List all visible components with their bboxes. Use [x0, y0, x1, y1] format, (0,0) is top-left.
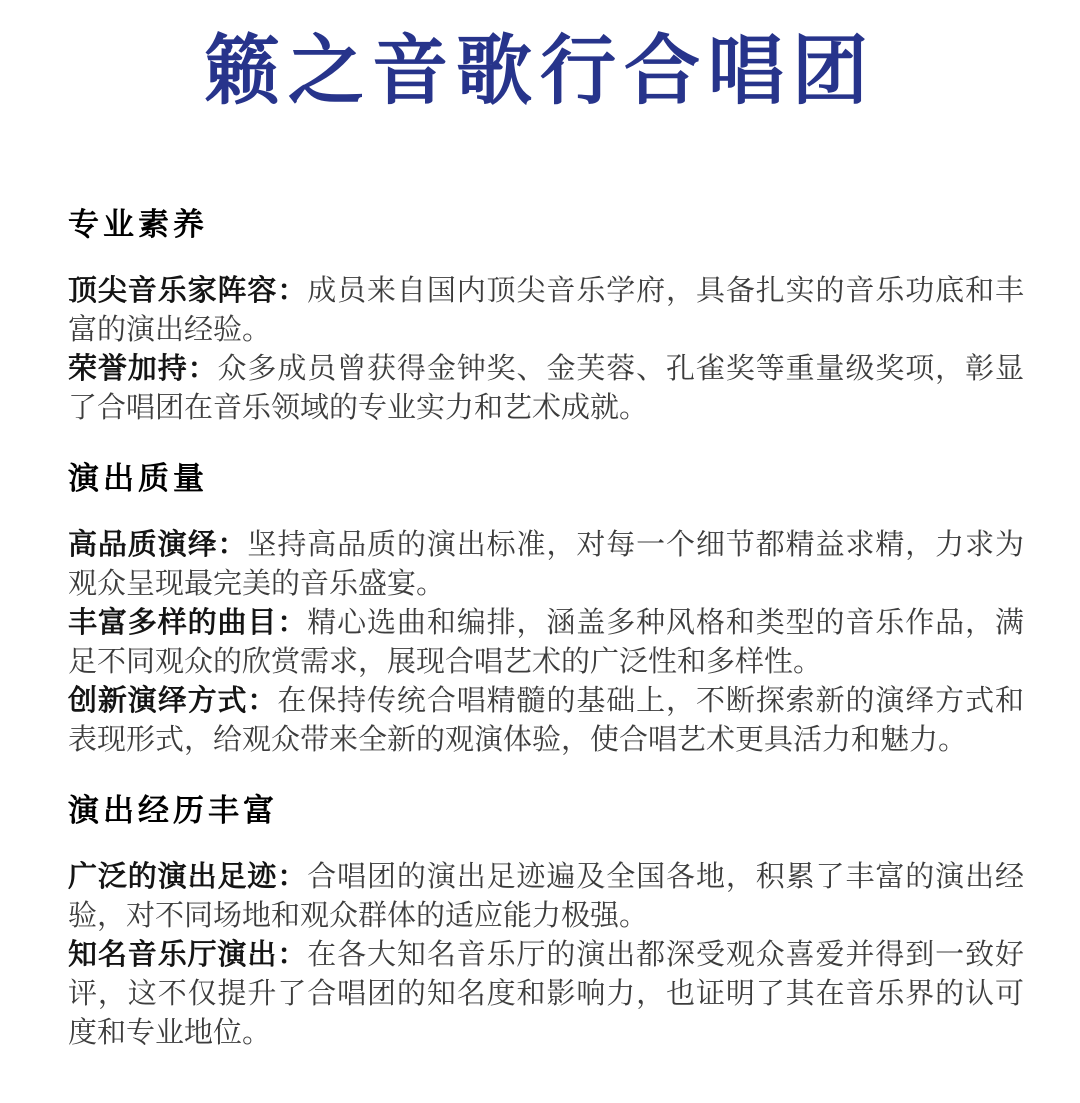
paragraph: 荣誉加持：众多成员曾获得金钟奖、金芙蓉、孔雀奖等重量级奖项，彰显了合唱团在音乐领…	[68, 350, 1024, 428]
paragraph-lead: 荣誉加持：	[68, 353, 218, 385]
paragraph-lead: 广泛的演出足迹：	[68, 861, 307, 893]
paragraph: 高品质演绎：坚持高品质的演出标准，对每一个细节都精益求精，力求为观众呈现最完美的…	[68, 526, 1024, 604]
paragraph: 广泛的演出足迹：合唱团的演出足迹遍及全国各地，积累了丰富的演出经验，对不同场地和…	[68, 858, 1024, 936]
paragraph: 丰富多样的曲目：精心选曲和编排，涵盖多种风格和类型的音乐作品，满足不同观众的欣赏…	[68, 604, 1024, 682]
paragraph-lead: 丰富多样的曲目：	[68, 607, 307, 639]
paragraph: 知名音乐厅演出：在各大知名音乐厅的演出都深受观众喜爱并得到一致好评，这不仅提升了…	[68, 936, 1024, 1053]
paragraph-lead: 知名音乐厅演出：	[68, 939, 307, 971]
document-body: 专业素养 顶尖音乐家阵容：成员来自国内顶尖音乐学府，具备扎实的音乐功底和丰富的演…	[0, 206, 1080, 1053]
document-page: 籁之音歌行合唱团 专业素养 顶尖音乐家阵容：成员来自国内顶尖音乐学府，具备扎实的…	[0, 0, 1080, 1103]
paragraph: 顶尖音乐家阵容：成员来自国内顶尖音乐学府，具备扎实的音乐功底和丰富的演出经验。	[68, 272, 1024, 350]
section-heading-performance-experience: 演出经历丰富	[68, 792, 1024, 830]
paragraph-lead: 顶尖音乐家阵容：	[68, 275, 307, 307]
section-paragraphs: 广泛的演出足迹：合唱团的演出足迹遍及全国各地，积累了丰富的演出经验，对不同场地和…	[68, 858, 1024, 1053]
paragraph-lead: 创新演绎方式：	[68, 685, 277, 717]
page-title: 籁之音歌行合唱团	[0, 0, 1080, 114]
section-heading-performance-quality: 演出质量	[68, 460, 1024, 498]
paragraph: 创新演绎方式：在保持传统合唱精髓的基础上，不断探索新的演绎方式和表现形式，给观众…	[68, 682, 1024, 760]
section-paragraphs: 顶尖音乐家阵容：成员来自国内顶尖音乐学府，具备扎实的音乐功底和丰富的演出经验。 …	[68, 272, 1024, 428]
paragraph-lead: 高品质演绎：	[68, 529, 247, 561]
section-paragraphs: 高品质演绎：坚持高品质的演出标准，对每一个细节都精益求精，力求为观众呈现最完美的…	[68, 526, 1024, 760]
section-heading-professionalism: 专业素养	[68, 206, 1024, 244]
